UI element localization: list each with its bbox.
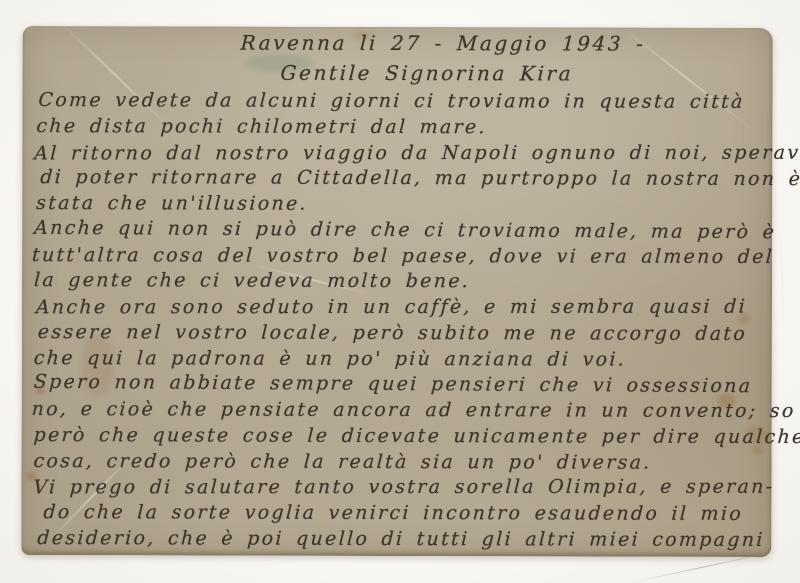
body-line: Al ritorno dal nostro viaggio da Napoli …	[34, 141, 800, 166]
body-line: Anche ora sono seduto in un caffè, e mi …	[35, 295, 747, 320]
salutation: Gentile Signorina Kira	[280, 61, 574, 86]
body-line: do che la sorte voglia venirci incontro …	[43, 500, 744, 526]
body-line: stata che un'illusione.	[36, 191, 309, 216]
body-line: Anche qui non si può dire che ci troviam…	[34, 216, 777, 245]
body-line: che dista pochi chilometri dal mare.	[36, 114, 488, 139]
body-line: no, e cioè che pensiate ancora ad entrar…	[31, 397, 796, 423]
body-line: che qui la padrona è un po' più anziana …	[33, 346, 627, 372]
dateline: Ravenna li 27 - Maggio 1943 -	[240, 31, 646, 56]
body-line: essere nel vostro locale, però subito me…	[37, 320, 748, 346]
body-line: Vi prego di salutare tanto vostra sorell…	[33, 475, 775, 500]
body-line: però che queste cose le dicevate unicame…	[33, 423, 800, 449]
body-line: la gente che ci vedeva molto bene.	[33, 268, 471, 293]
crease-mark	[779, 219, 785, 339]
body-line: Come vedete da alcuni giorni ci troviamo…	[38, 88, 746, 114]
body-line: tutt'altra cosa del vostro bel paese, do…	[31, 243, 774, 269]
body-line: Spero non abbiate sempre quei pensieri c…	[33, 370, 753, 398]
scanner-background: Ravenna li 27 - Maggio 1943 - Gentile Si…	[0, 0, 800, 583]
body-line: desiderio, che è poi quello di tutti gli…	[37, 526, 766, 552]
postcard: Ravenna li 27 - Maggio 1943 - Gentile Si…	[21, 26, 772, 557]
body-line: di poter ritornare a Cittadella, ma purt…	[40, 165, 800, 191]
body-line: cosa, credo però che la realtà sia un po…	[33, 449, 652, 475]
